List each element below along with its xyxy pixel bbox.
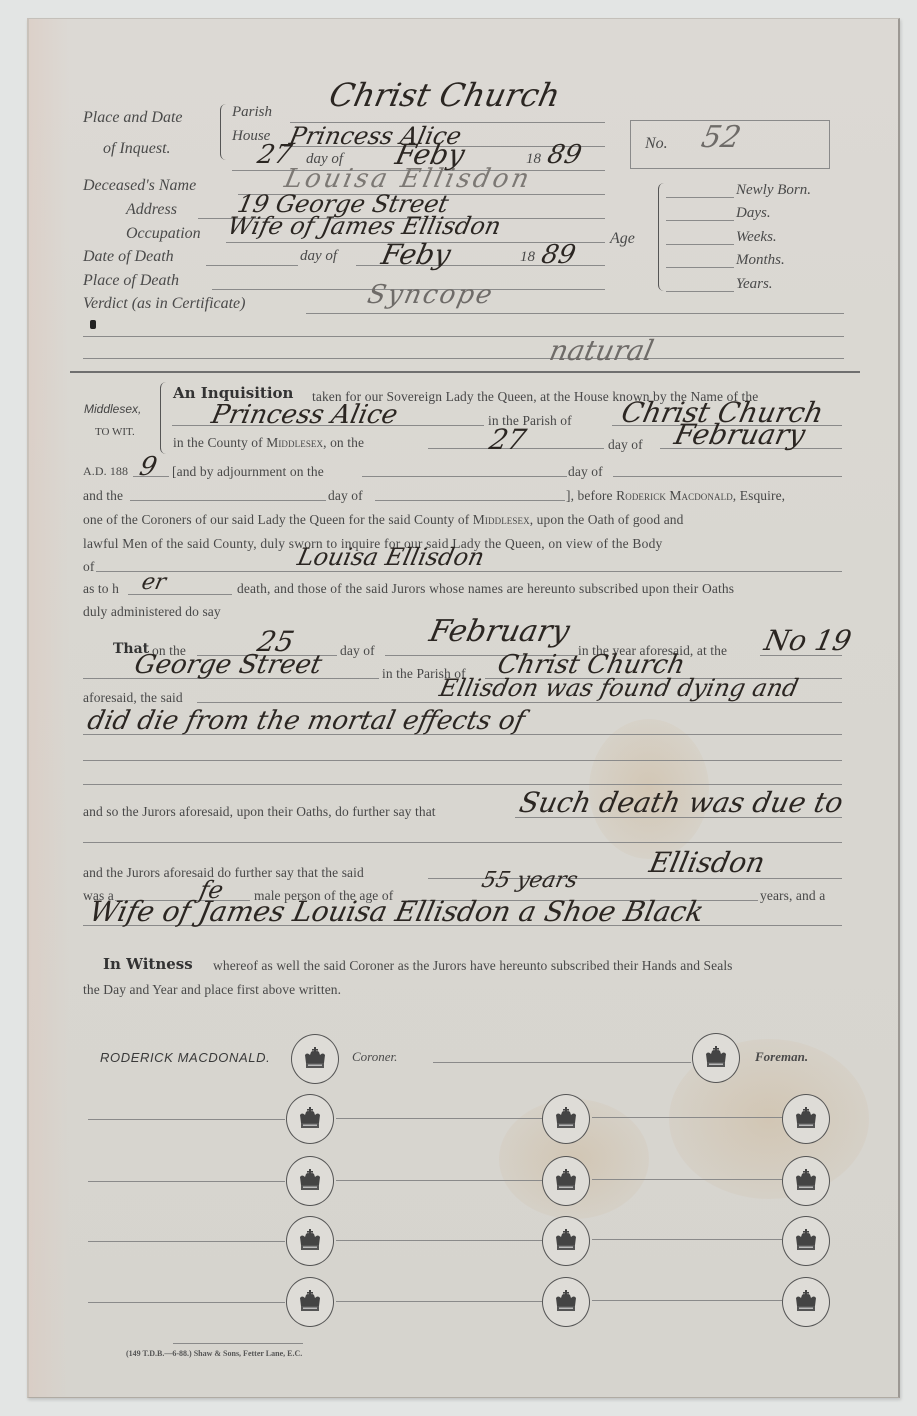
- age-unit-field[interactable]: [666, 291, 734, 292]
- and-the-label: and the: [83, 488, 123, 504]
- adjournment-text: [and by adjournment on the: [172, 464, 324, 480]
- occupation-value[interactable]: Wife of James Ellisdon: [225, 212, 504, 240]
- age-unit-label: Weeks.: [736, 229, 777, 246]
- crown-seal-icon: [542, 1094, 590, 1144]
- juror-signature-line[interactable]: [592, 1117, 782, 1118]
- years-and-a: years, and a: [760, 888, 825, 904]
- inquisition-house-name[interactable]: Princess Alice: [209, 400, 401, 430]
- of-inquest-label: of Inquest.: [103, 140, 171, 158]
- found-text[interactable]: Ellisdon was found dying and: [437, 674, 801, 702]
- juror-signature-line[interactable]: [88, 1302, 285, 1303]
- pronoun-suffix[interactable]: er: [139, 570, 168, 595]
- crown-seal-icon: [286, 1216, 334, 1266]
- juror-signature-line[interactable]: [592, 1300, 782, 1301]
- crown-seal-icon: [692, 1033, 740, 1083]
- county-label: Middlesex,: [84, 402, 141, 416]
- death-day-of-label: day of: [300, 248, 337, 265]
- ad-label: A.D. 188: [83, 464, 128, 479]
- juror-signature-line[interactable]: [336, 1301, 542, 1302]
- place-date-label: Place and Date: [83, 109, 183, 127]
- coroners-line: one of the Coroners of our said Lady the…: [83, 512, 684, 528]
- coroner-signature-name: RODERICK MACDONALD.: [100, 1050, 270, 1065]
- age-unit-field[interactable]: [666, 267, 734, 268]
- finding-at-place[interactable]: No 19: [761, 624, 854, 657]
- witness-text-1: whereof as well the said Coroner as the …: [213, 958, 733, 974]
- crown-seal-icon: [782, 1216, 830, 1266]
- juror-signature-line[interactable]: [336, 1240, 542, 1241]
- death-year-printed: 18: [520, 249, 535, 266]
- adjournment-day-of: day of: [568, 464, 603, 480]
- coroner-label: Coroner.: [352, 1049, 397, 1065]
- witness-heading: In Witness: [103, 955, 193, 973]
- death-line: death, and those of the said Jurors whos…: [237, 581, 734, 597]
- juror-signature-line[interactable]: [336, 1180, 542, 1181]
- county-line: in the County of Middlesex, on the: [173, 435, 364, 451]
- age-unit-field[interactable]: [666, 220, 734, 221]
- place-date-brace: [220, 104, 228, 160]
- occupation-label: Occupation: [126, 225, 201, 243]
- place-of-death-label: Place of Death: [83, 272, 179, 290]
- age-unit-label: Years.: [736, 276, 773, 293]
- age-brace: [658, 183, 664, 291]
- parish-label: Parish: [232, 104, 272, 121]
- finding-street[interactable]: George Street: [132, 650, 325, 680]
- deceased-name-label: Deceased's Name: [83, 177, 196, 195]
- to-wit-label: TO WIT.: [95, 426, 135, 438]
- such-death-text[interactable]: Such death was due to: [516, 786, 846, 819]
- juror-signature-line[interactable]: [592, 1239, 782, 1240]
- ink-blot: [90, 320, 96, 329]
- parish-value[interactable]: Christ Church: [326, 76, 564, 114]
- did-die-text[interactable]: did die from the mortal effects of: [85, 706, 528, 736]
- crown-seal-icon: [782, 1277, 830, 1327]
- finding-month[interactable]: February: [426, 614, 572, 649]
- aforesaid-the-said: aforesaid, the said: [83, 690, 183, 706]
- crown-seal-icon: [286, 1156, 334, 1206]
- crown-seal-icon: [542, 1216, 590, 1266]
- verdict-value[interactable]: Syncope: [365, 280, 497, 310]
- crown-seal-icon: [286, 1094, 334, 1144]
- and-the-day-of: day of: [328, 488, 363, 504]
- duly-administered: duly administered do say: [83, 604, 221, 620]
- crown-seal-icon: [782, 1156, 830, 1206]
- verdict-label: Verdict (as in Certificate): [83, 295, 245, 313]
- case-number-label: No.: [645, 135, 668, 153]
- juror-signature-line[interactable]: [336, 1118, 542, 1119]
- as-to-h-label: as to h: [83, 581, 119, 597]
- inquisition-month[interactable]: February: [671, 418, 808, 451]
- said-name[interactable]: Ellisdon: [646, 846, 768, 879]
- address-label: Address: [126, 201, 177, 219]
- inquisition-day-of: day of: [608, 437, 643, 453]
- crown-seal-icon: [782, 1094, 830, 1144]
- age-unit-field[interactable]: [666, 197, 734, 198]
- inquest-year-written[interactable]: 89: [545, 140, 584, 170]
- printer-imprint: (149 T.D.B.—6-88.) Shaw & Sons, Fetter L…: [126, 1349, 302, 1358]
- before-coroner-text: ], before Roderick Macdonald, Esquire,: [566, 488, 785, 504]
- foreman-label: Foreman.: [755, 1049, 808, 1065]
- case-number-value[interactable]: 52: [698, 120, 744, 155]
- crown-seal-icon: [291, 1034, 339, 1084]
- verdict-note[interactable]: natural: [546, 334, 656, 367]
- age-value[interactable]: 55 years: [479, 868, 580, 893]
- county-brace: [160, 382, 168, 454]
- crown-seal-icon: [542, 1156, 590, 1206]
- age-unit-label: Newly Born.: [736, 182, 811, 199]
- juror-signature-line[interactable]: [88, 1119, 285, 1120]
- inquisition-day[interactable]: 27: [486, 423, 529, 456]
- death-year-written[interactable]: 89: [539, 240, 578, 270]
- jurors-further-text: and so the Jurors aforesaid, upon their …: [83, 804, 436, 820]
- witness-text-2: the Day and Year and place first above w…: [83, 982, 341, 998]
- age-unit-label: Days.: [736, 205, 771, 222]
- juror-signature-line[interactable]: [88, 1181, 285, 1182]
- finding-day-of: day of: [340, 643, 375, 659]
- juror-signature-line[interactable]: [592, 1179, 782, 1180]
- crown-seal-icon: [286, 1277, 334, 1327]
- age-unit-label: Months.: [736, 252, 785, 269]
- death-month-value[interactable]: Feby: [378, 238, 453, 271]
- crown-seal-icon: [542, 1277, 590, 1327]
- description-text[interactable]: Wife of James Louisa Ellisdon a Shoe Bla…: [86, 895, 706, 928]
- body-name[interactable]: Louisa Ellisdon: [295, 543, 487, 571]
- date-of-death-label: Date of Death: [83, 248, 174, 266]
- of-label: of: [83, 559, 94, 575]
- juror-signature-line[interactable]: [88, 1241, 285, 1242]
- age-label: Age: [610, 230, 635, 248]
- age-unit-field[interactable]: [666, 244, 734, 245]
